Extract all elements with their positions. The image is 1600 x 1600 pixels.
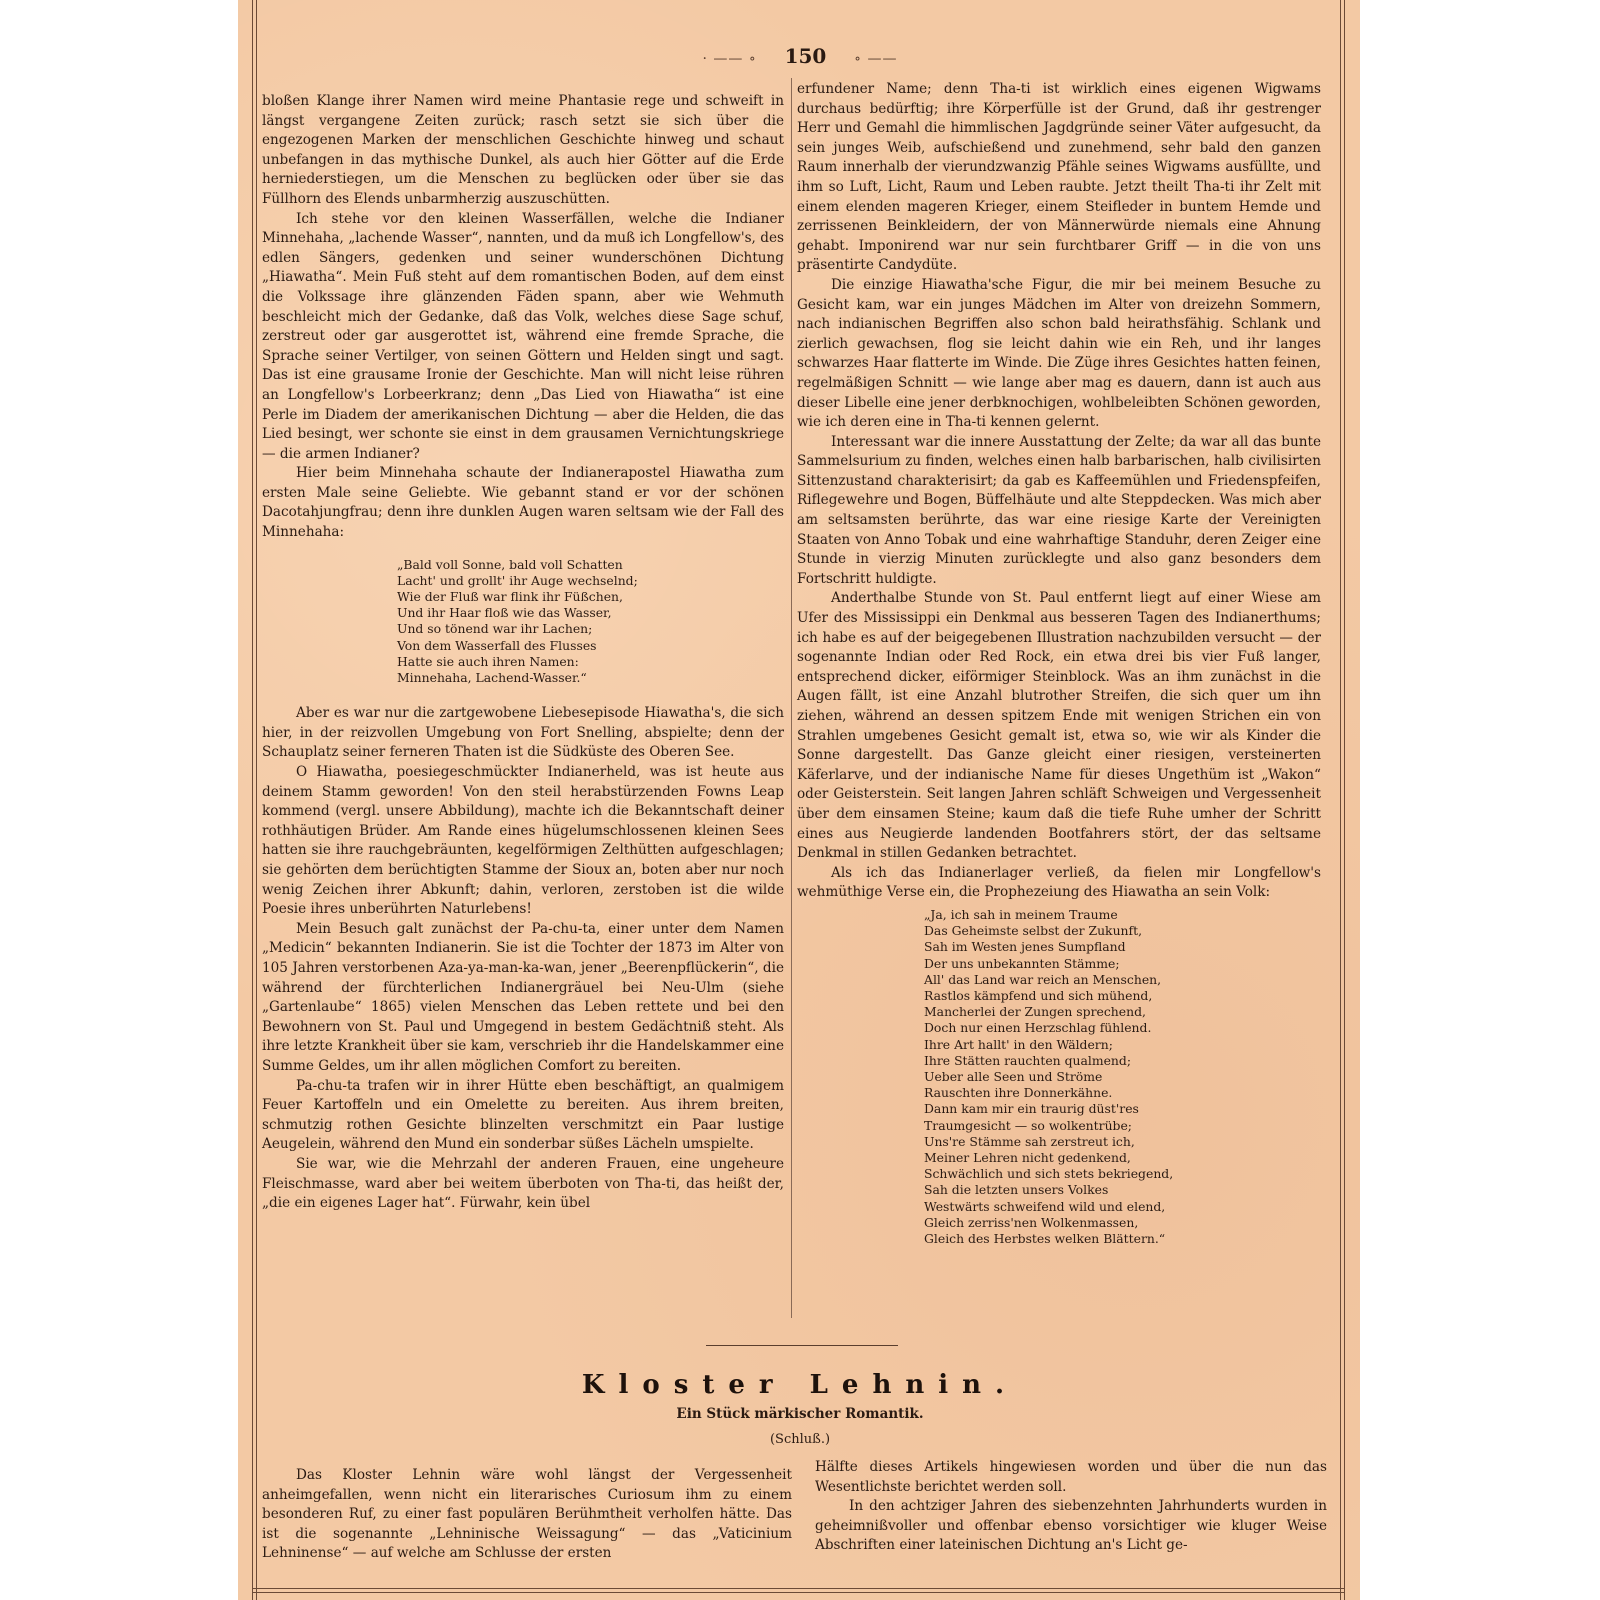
poem-line: Und ihr Haar floß wie das Wasser, <box>397 605 784 621</box>
paragraph: Anderthalbe Stunde von St. Paul entfernt… <box>797 589 1321 863</box>
poem-line: Rastlos kämpfend und sich mühend, <box>924 988 1321 1004</box>
paragraph: In den achtziger Jahren des siebenzehnte… <box>815 1497 1327 1556</box>
paragraph: Mein Besuch galt zunächst der Pa-chu-ta,… <box>262 920 784 1077</box>
page-border-left <box>252 0 257 1600</box>
paragraph: Hier beim Minnehaha schaute der Indianer… <box>262 464 784 542</box>
poem-line: Sah die letzten unsers Volkes <box>924 1182 1321 1198</box>
poem-line: Das Geheimste selbst der Zukunft, <box>924 923 1321 939</box>
poem-line: Ueber alle Seen und Ströme <box>924 1069 1321 1085</box>
paragraph: Sie war, wie die Mehrzahl der anderen Fr… <box>262 1155 784 1214</box>
minnehaha-poem: „Bald voll Sonne, bald voll SchattenLach… <box>262 557 784 687</box>
left-paragraphs: bloßen Klange ihrer Namen wird meine Pha… <box>262 92 784 543</box>
paragraph: bloßen Klange ihrer Namen wird meine Pha… <box>262 92 784 210</box>
poem-line: Doch nur einen Herzschlag fühlend. <box>924 1020 1321 1036</box>
paragraph: O Hiawatha, poesiegeschmückter Indianerh… <box>262 763 784 920</box>
poem-line: Und so tönend war ihr Lachen; <box>397 621 784 637</box>
poem-line: Schwächlich und sich stets bekriegend, <box>924 1166 1321 1182</box>
poem-line: Gleich des Herbstes welken Blättern.“ <box>924 1231 1321 1247</box>
poem-line: Hatte sie auch ihren Namen: <box>397 654 784 670</box>
poem-line: „Ja, ich sah in meinem Traume <box>924 907 1321 923</box>
poem-line: „Bald voll Sonne, bald voll Schatten <box>397 557 784 573</box>
paragraph: Pa-chu-ta trafen wir in ihrer Hütte eben… <box>262 1077 784 1155</box>
page-number: 150 <box>785 44 827 68</box>
header-ornament-right: ∘ —— <box>854 51 897 67</box>
poem-line: Wie der Fluß war flink ihr Füßchen, <box>397 589 784 605</box>
paragraph: Aber es war nur die zartgewobene Liebese… <box>262 704 784 763</box>
poem-line: Der uns unbekannten Stämme; <box>924 956 1321 972</box>
poem-line: Uns're Stämme sah zerstreut ich, <box>924 1134 1321 1150</box>
poem-line: All' das Land war reich an Menschen, <box>924 972 1321 988</box>
poem-line: Lacht' und grollt' ihr Auge wechselnd; <box>397 573 784 589</box>
poem-line: Traumgesicht — so wolkentrübe; <box>924 1118 1321 1134</box>
prophecy-poem: „Ja, ich sah in meinem TraumeDas Geheims… <box>797 907 1321 1247</box>
article-subtitle: Ein Stück märkischer Romantik. <box>0 1406 1600 1422</box>
article2-left-column: Das Kloster Lehnin wäre wohl längst der … <box>262 1466 792 1564</box>
column-divider <box>791 78 792 1318</box>
article-left-column: bloßen Klange ihrer Namen wird meine Pha… <box>262 92 784 1214</box>
article-continuation-note: (Schluß.) <box>0 1432 1600 1447</box>
poem-line: Ihre Stätten rauchten qualmend; <box>924 1053 1321 1069</box>
poem-line: Westwärts schweifend wild und elend, <box>924 1199 1321 1215</box>
poem-line: Mancherlei der Zungen sprechend, <box>924 1004 1321 1020</box>
paragraph: Die einzige Hiawatha'sche Figur, die mir… <box>797 276 1321 433</box>
poem-line: Ihre Art hallt' in den Wäldern; <box>924 1037 1321 1053</box>
header-ornament-left: · —— ∘ <box>702 51 756 67</box>
article-title: Kloster Lehnin. <box>0 1370 1600 1400</box>
section-divider-rule <box>706 1345 898 1346</box>
left-paragraphs-after: Aber es war nur die zartgewobene Liebese… <box>262 704 784 1213</box>
article2-right-paragraphs: Hälfte dieses Artikels hingewiesen worde… <box>815 1458 1327 1556</box>
poem-line: Minnehaha, Lachend-Wasser.“ <box>397 670 784 686</box>
page-border-bottom <box>252 1588 1344 1593</box>
page-header: · —— ∘ 150 ∘ —— <box>0 44 1600 68</box>
article2-right-column: Hälfte dieses Artikels hingewiesen worde… <box>815 1458 1327 1556</box>
paragraph: Interessant war die innere Ausstattung d… <box>797 433 1321 590</box>
paragraph: Hälfte dieses Artikels hingewiesen worde… <box>815 1458 1327 1497</box>
poem-line: Dann kam mir ein traurig düst'res <box>924 1101 1321 1117</box>
poem-line: Gleich zerriss'nen Wolkenmassen, <box>924 1215 1321 1231</box>
poem-line: Von dem Wasserfall des Flusses <box>397 638 784 654</box>
paragraph: Als ich das Indianerlager verließ, da fi… <box>797 864 1321 903</box>
page-border-right <box>1340 0 1345 1600</box>
paragraph: Das Kloster Lehnin wäre wohl längst der … <box>262 1466 792 1564</box>
poem-line: Rauschten ihre Donnerkähne. <box>924 1085 1321 1101</box>
right-paragraphs: erfundener Name; denn Tha-ti ist wirklic… <box>797 80 1321 903</box>
poem-line: Sah im Westen jenes Sumpfland <box>924 939 1321 955</box>
paragraph: erfundener Name; denn Tha-ti ist wirklic… <box>797 80 1321 276</box>
article2-left-paragraphs: Das Kloster Lehnin wäre wohl längst der … <box>262 1466 792 1564</box>
paragraph: Ich stehe vor den kleinen Wasserfällen, … <box>262 210 784 465</box>
article-right-column: erfundener Name; denn Tha-ti ist wirklic… <box>797 80 1321 1265</box>
poem-line: Meiner Lehren nicht gedenkend, <box>924 1150 1321 1166</box>
